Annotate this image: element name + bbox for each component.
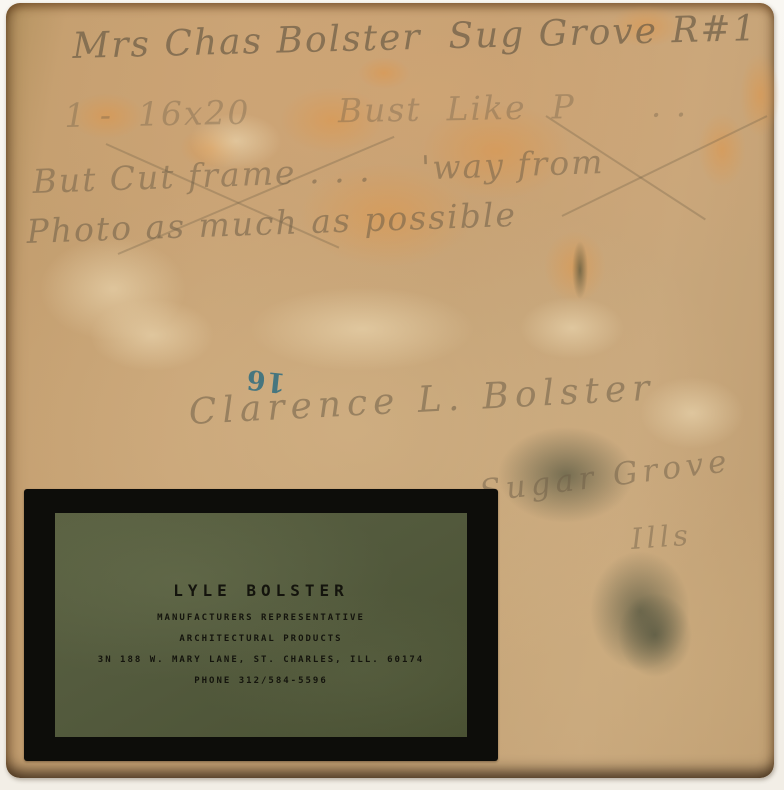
scuff-patch — [640, 377, 744, 449]
scuff-patch — [250, 287, 474, 371]
scuff-patch — [40, 237, 186, 341]
scan-background: Mrs Chas Bolster Sug Grove R#1 1 - 16x20… — [0, 0, 784, 790]
scuff-patch — [520, 297, 624, 359]
number-stamp: 16 — [244, 363, 287, 398]
handwriting-line-address: Mrs Chas Bolster Sug Grove R#1 — [72, 11, 758, 65]
business-card-products: ARCHITECTURAL PRODUCTS — [179, 634, 342, 644]
stain — [698, 113, 746, 187]
business-card-name: LYLE BOLSTER — [173, 581, 349, 600]
business-card-phone: PHONE 312/584-5596 — [194, 676, 328, 686]
handwriting-line-order: 1 - 16x20 Bust Like P . . — [64, 88, 688, 132]
handwriting-line-instruction-2: Photo as much as possible — [26, 198, 517, 248]
scuff-patch — [90, 299, 214, 371]
business-card-address: 3N 188 W. MARY LANE, ST. CHARLES, ILL. 6… — [98, 655, 424, 665]
photo-back-card: Mrs Chas Bolster Sug Grove R#1 1 - 16x20… — [6, 3, 774, 778]
business-card-sticker: LYLE BOLSTER MANUFACTURERS REPRESENTATIV… — [24, 489, 498, 761]
handwriting-line-instruction-1: But Cut frame . . . 'way from — [32, 145, 605, 198]
business-card-role: MANUFACTURERS REPRESENTATIVE — [157, 613, 365, 623]
dark-smudge — [590, 551, 690, 671]
business-card-face: LYLE BOLSTER MANUFACTURERS REPRESENTATIV… — [55, 513, 467, 737]
dark-smudge — [572, 241, 588, 299]
stain — [358, 57, 410, 89]
stain — [544, 231, 606, 303]
handwriting-place-line1: Sugar Grove — [478, 446, 733, 508]
handwriting-place-line2: Ills — [630, 521, 693, 554]
dark-smudge — [618, 593, 692, 677]
